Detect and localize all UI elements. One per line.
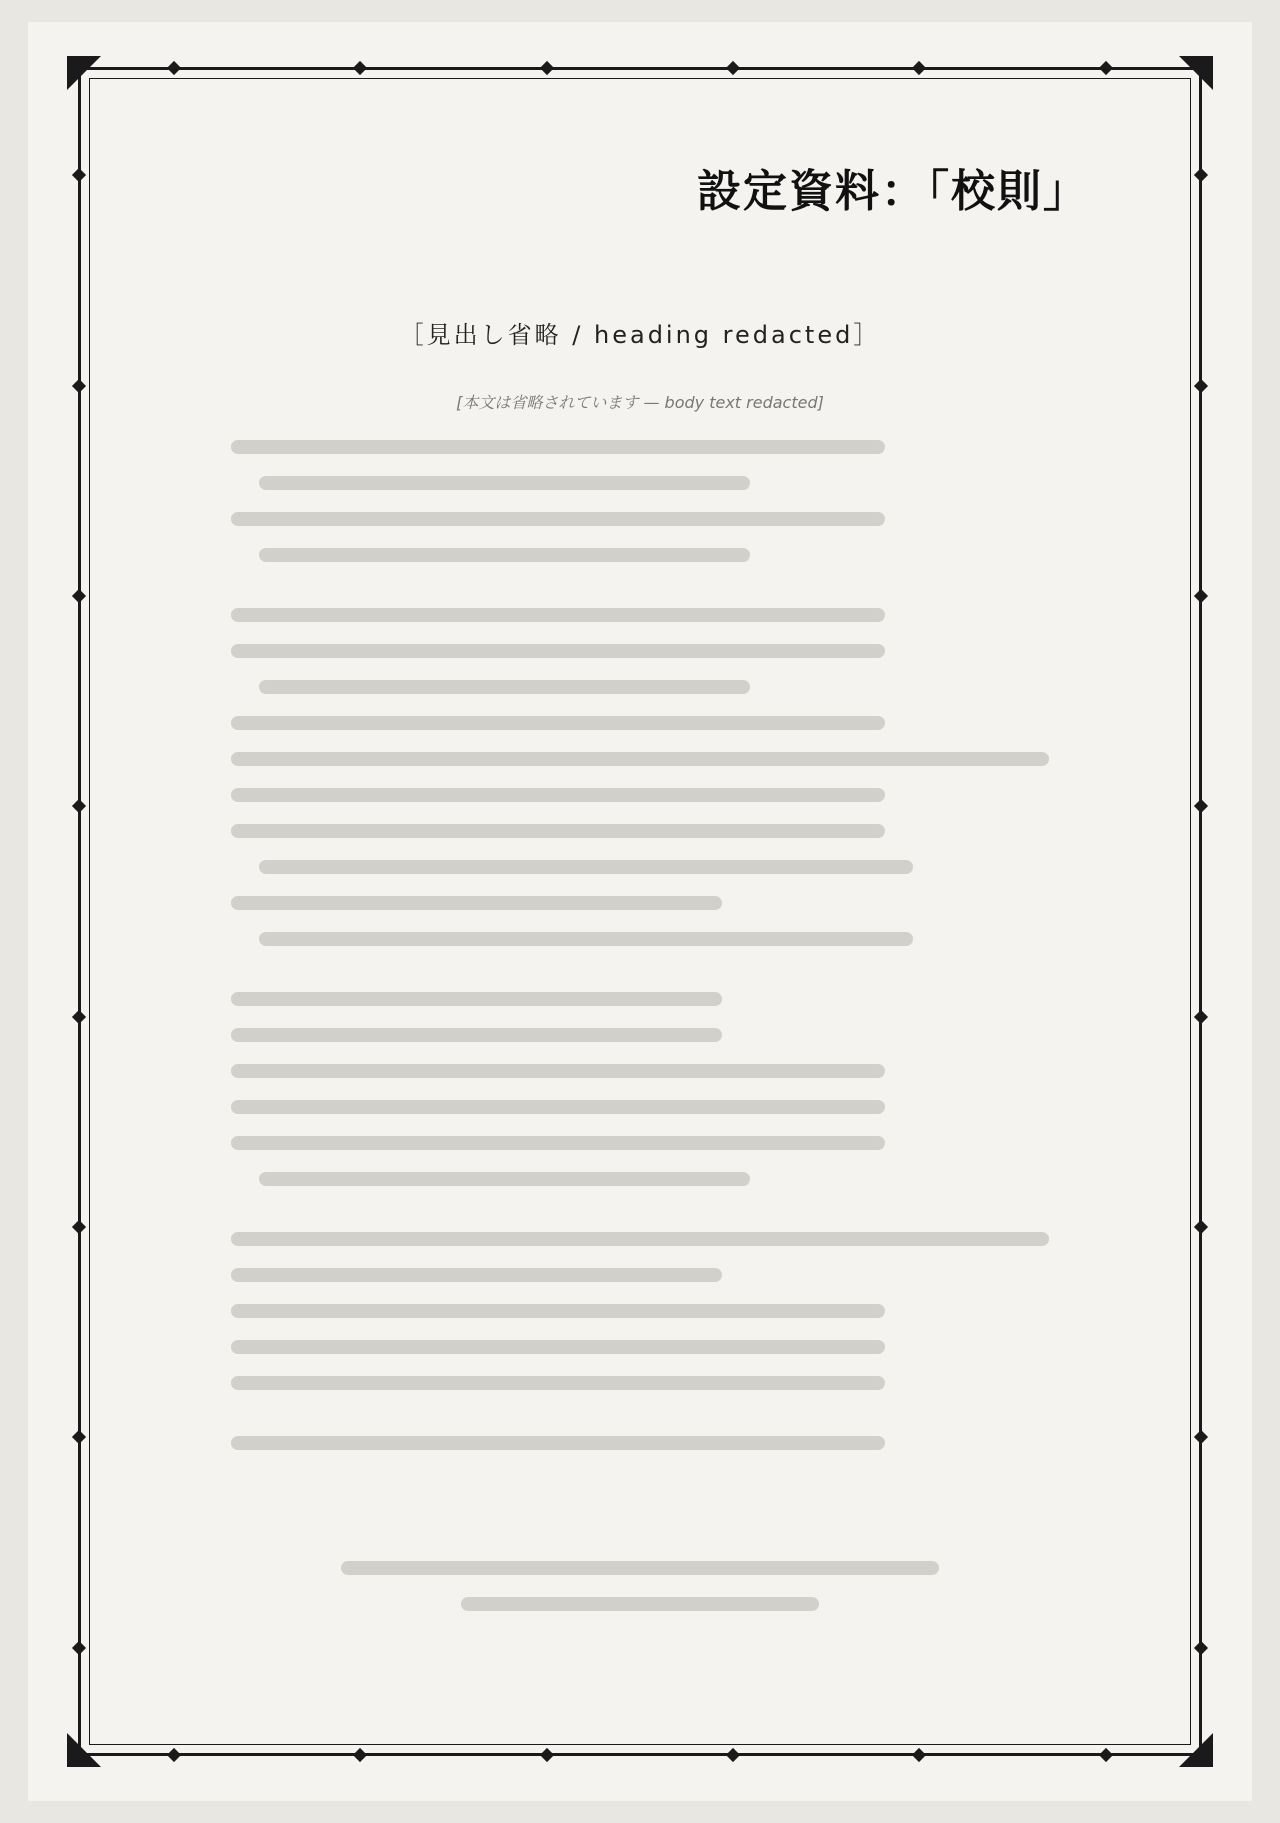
document-page: 設定資料：「校則」 ［見出し省略 / heading redacted］ [本文… [28,22,1252,1801]
redacted-footer-text [341,1561,939,1633]
redacted-body-text [231,440,1049,1472]
redaction-note: [本文は省略されています — body text redacted] [81,390,1199,413]
border-motif [81,61,1199,75]
decorative-border: 設定資料：「校則」 ［見出し省略 / heading redacted］ [本文… [78,67,1202,1756]
document-heading: ［見出し省略 / heading redacted］ [81,315,1199,350]
border-motif [81,1748,1199,1762]
page-title: 設定資料：「校則」 [697,155,1089,219]
